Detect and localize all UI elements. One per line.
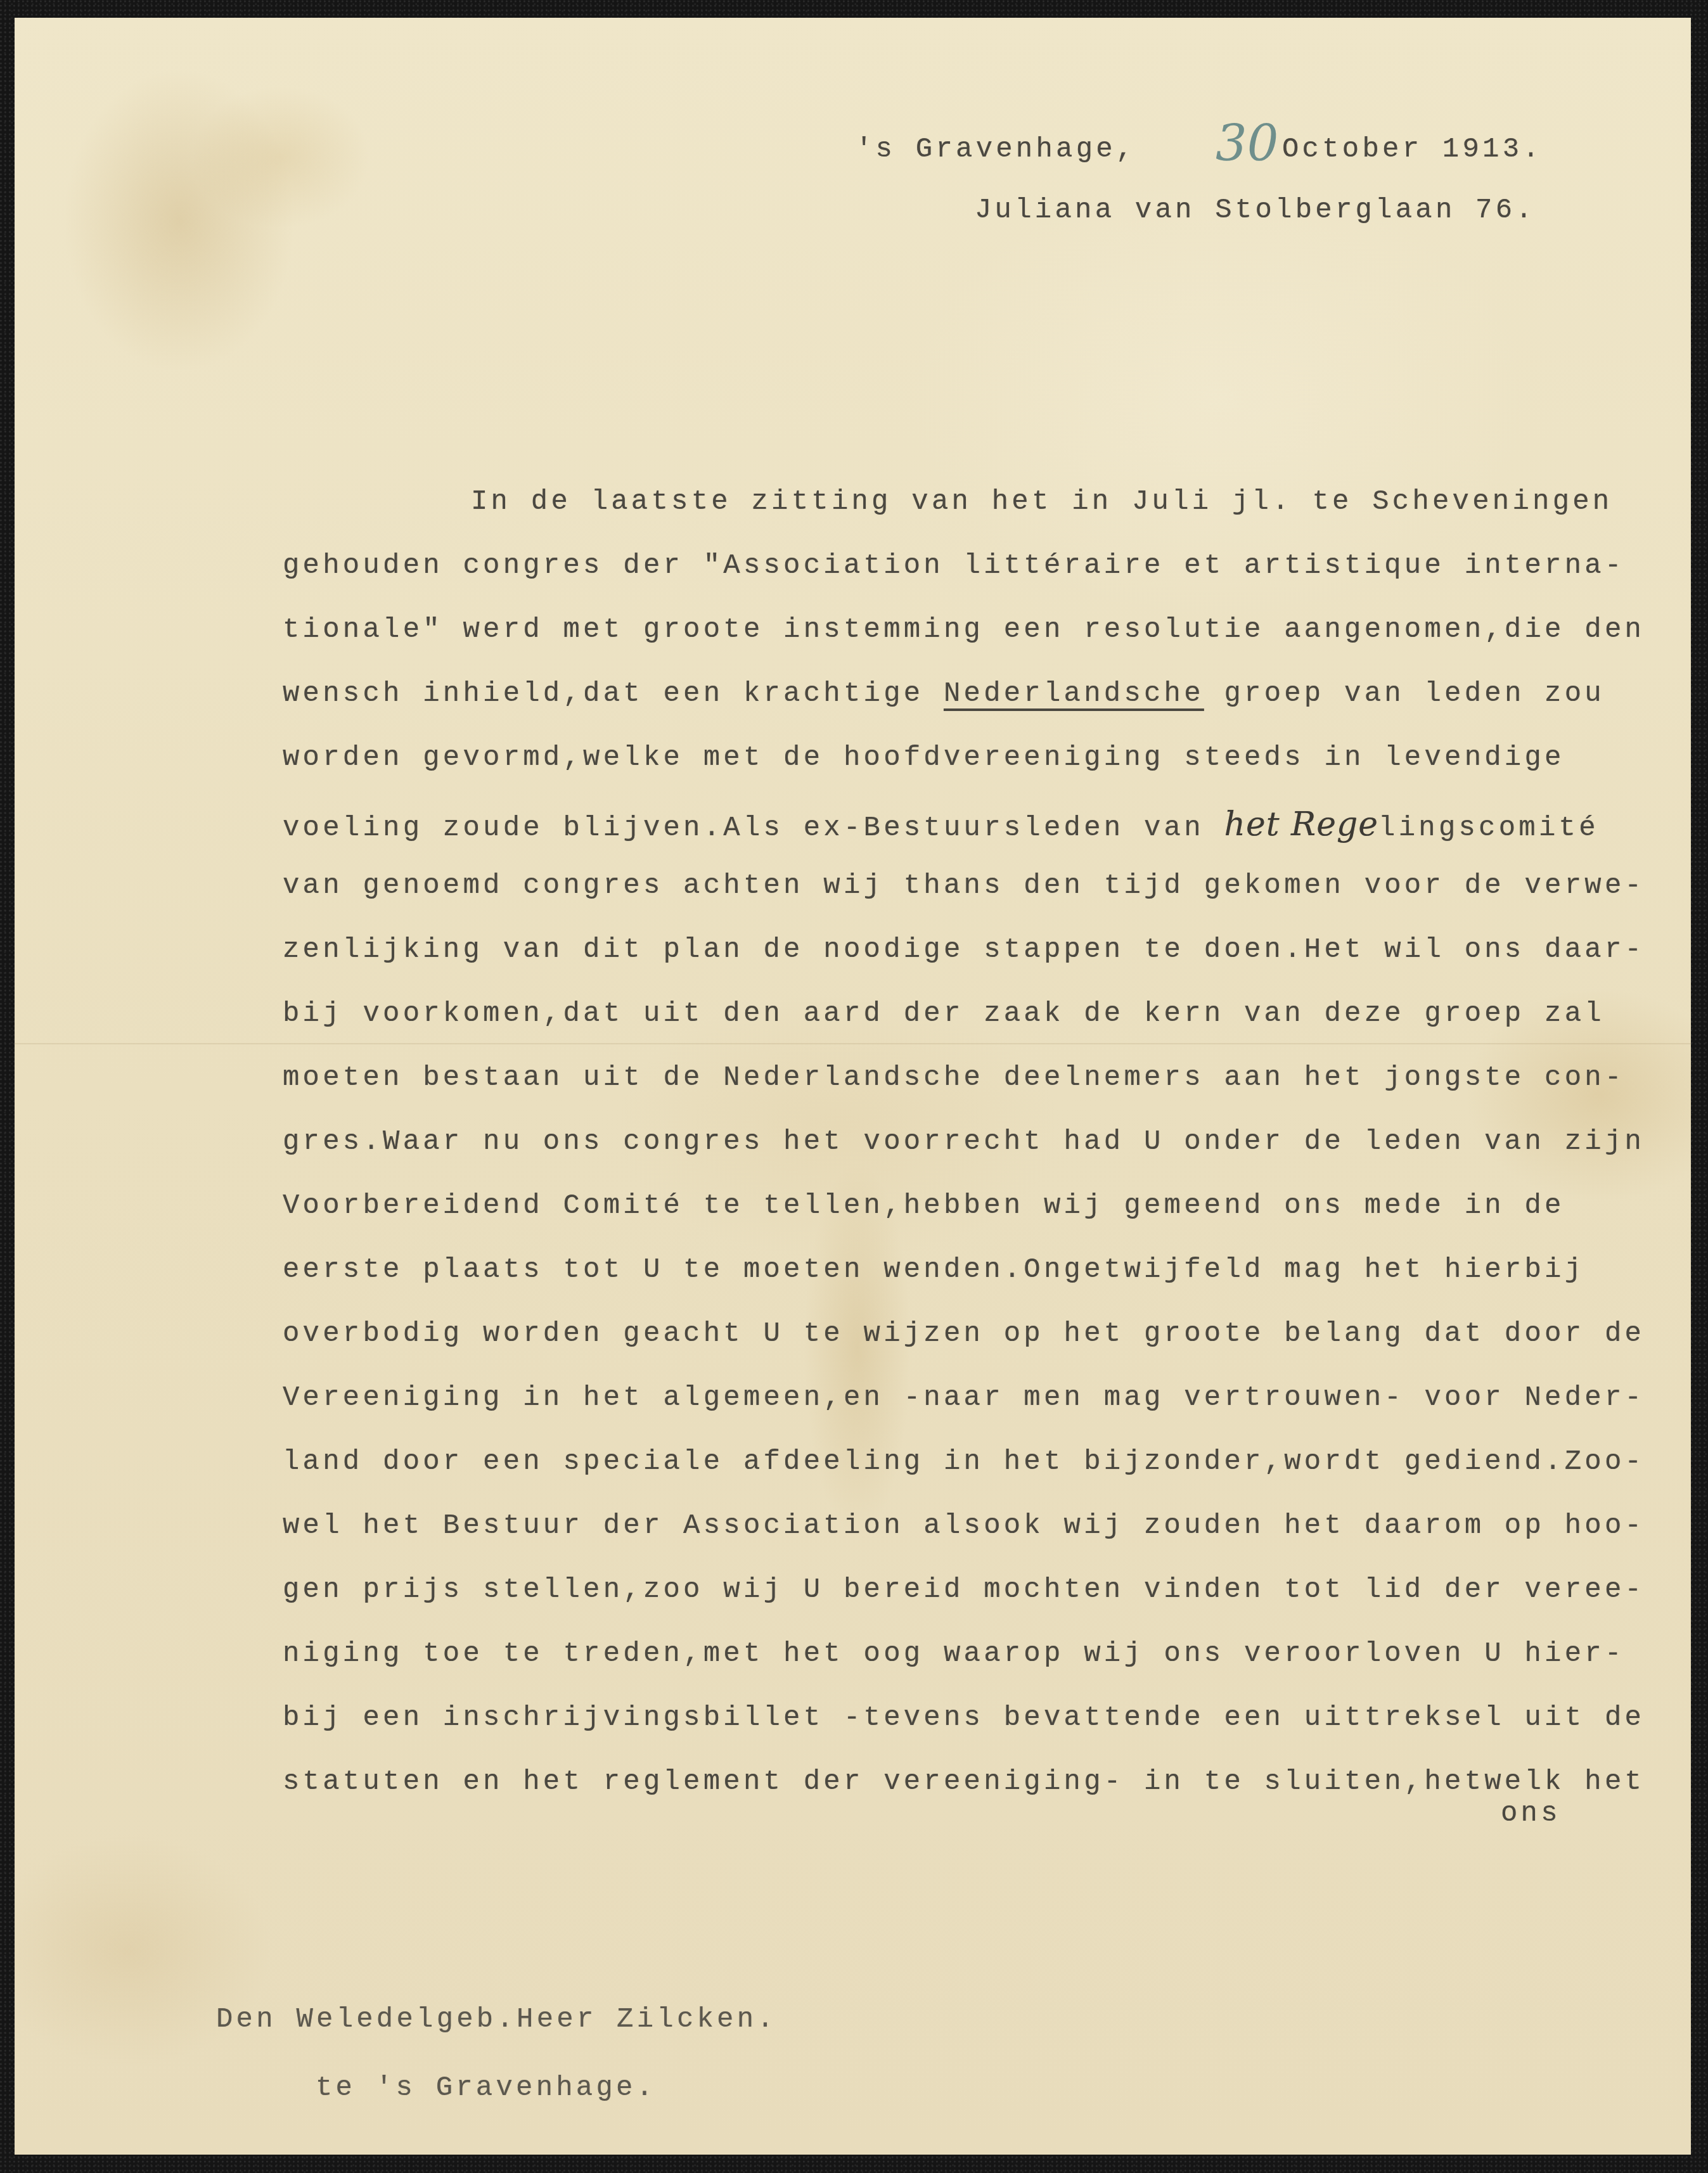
- body-line-21: statuten en het reglement der vereenigin…: [283, 1768, 1645, 1796]
- body-line-4: wensch inhield,dat een krachtige Nederla…: [283, 680, 1605, 708]
- body-line-4-b: groep van leden zou: [1204, 678, 1605, 710]
- body-line-8: zenlijking van dit plan de noodige stapp…: [283, 936, 1645, 964]
- body-line-10: moeten bestaan uit de Nederlandsche deel…: [283, 1064, 1625, 1092]
- addressee-city: te 's Gravenhage.: [316, 2074, 656, 2102]
- body-line-4-a: wensch inhield,dat een krachtige: [283, 678, 944, 710]
- body-line-14: overbodig worden geacht U te wijzen op h…: [283, 1320, 1645, 1348]
- header-date: October 1913.: [1282, 136, 1543, 163]
- body-line-6: voeling zoude blijven.Als ex-Bestuursled…: [283, 808, 1599, 842]
- body-line-11: gres.Waar nu ons congres het voorrecht h…: [283, 1128, 1645, 1156]
- body-line-9: bij voorkomen,dat uit den aard der zaak …: [283, 1000, 1605, 1028]
- addressee-name: Den Weledelgeb.Heer Zilcken.: [216, 2006, 777, 2034]
- handwritten-correction: het Rege: [1224, 805, 1378, 843]
- body-line-12: Voorbereidend Comité te tellen,hebben wi…: [283, 1192, 1565, 1220]
- body-line-3: tionale" werd met groote instemming een …: [283, 616, 1645, 644]
- body-line-17: wel het Bestuur der Association alsook w…: [283, 1512, 1645, 1540]
- body-line-19: niging toe te treden,met het oog waarop …: [283, 1640, 1625, 1668]
- body-line-1: In de laatste zitting van het in Juli jl…: [471, 488, 1612, 516]
- body-line-7: van genoemd congres achten wij thans den…: [283, 872, 1645, 900]
- handwritten-day: 30: [1216, 119, 1278, 169]
- header-place: 's Gravenhage,: [856, 136, 1136, 163]
- body-line-6-b: lingscomité: [1378, 812, 1599, 844]
- body-line-5: worden gevormd,welke met de hoofdvereeni…: [283, 744, 1565, 772]
- body-line-6-a: voeling zoude blijven.Als ex-Bestuursled…: [283, 812, 1224, 844]
- body-line-2: gehouden congres der "Association littér…: [283, 552, 1625, 580]
- letter-page: 's Gravenhage, 30 October 1913. Juliana …: [15, 18, 1691, 2155]
- body-line-13: eerste plaats tot U te moeten wenden.Ong…: [283, 1256, 1584, 1284]
- header-address: Juliana van Stolberglaan 76.: [975, 196, 1536, 224]
- body-line-18: gen prijs stellen,zoo wij U bereid mocht…: [283, 1576, 1645, 1604]
- body-line-15: Vereeniging in het algemeen,en -naar men…: [283, 1384, 1645, 1412]
- underlined-word: Nederlandsche: [944, 678, 1204, 710]
- body-line-20: bij een inschrijvingsbillet -tevens beva…: [283, 1704, 1645, 1732]
- body-line-16: land door een speciale afdeeling in het …: [283, 1448, 1645, 1476]
- catchword: ons: [1501, 1800, 1561, 1828]
- paper-fold-line: [15, 1043, 1691, 1044]
